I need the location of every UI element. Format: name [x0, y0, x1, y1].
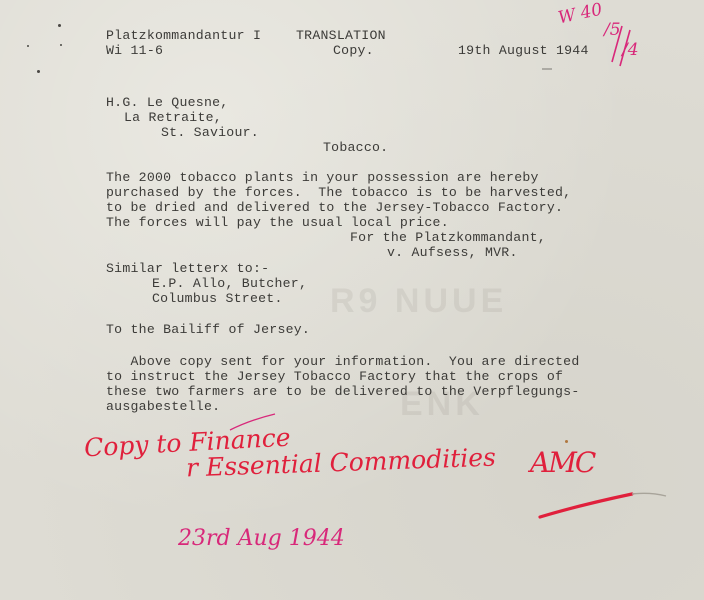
letter-page: R9 NUUE ENK Platzkommandantur I TRANSLAT…: [0, 0, 704, 600]
pen-strokes: [0, 0, 704, 600]
